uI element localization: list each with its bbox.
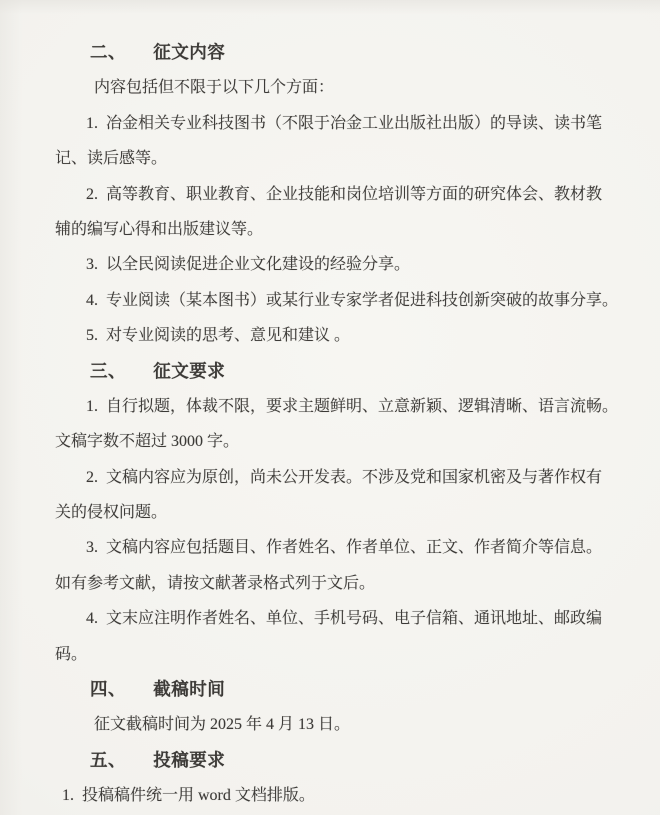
text-line: 如有参考文献，请按文献著录格式列于文后。 xyxy=(0,566,660,601)
section-heading-submission: 五、 投稿要求 xyxy=(0,743,660,778)
text-line: 3. 以全民阅读促进企业文化建设的经验分享。 xyxy=(0,247,660,282)
text-line: 3. 文稿内容应包括题目、作者姓名、作者单位、正文、作者简介等信息。 xyxy=(0,530,660,565)
text-line: 1. 冶金相关专业科技图书（不限于冶金工业出版社出版）的导读、读书笔 xyxy=(0,106,660,141)
document-body: 二、 征文内容内容包括但不限于以下几个方面：1. 冶金相关专业科技图书（不限于冶… xyxy=(0,35,660,814)
section-heading-essay-content: 二、 征文内容 xyxy=(0,35,660,70)
scanned-document-page: 二、 征文内容内容包括但不限于以下几个方面：1. 冶金相关专业科技图书（不限于冶… xyxy=(0,0,660,815)
text-line: 辅的编写心得和出版建议等。 xyxy=(0,212,660,247)
text-line: 4. 专业阅读（某本图书）或某行业专家学者促进科技创新突破的故事分享。 xyxy=(0,283,660,318)
text-line: 2. 高等教育、职业教育、企业技能和岗位培训等方面的研究体会、教材教 xyxy=(0,177,660,212)
text-line: 码。 xyxy=(0,637,660,672)
text-line: 记、读后感等。 xyxy=(0,141,660,176)
text-line: 关的侵权问题。 xyxy=(0,495,660,530)
text-line: 5. 对专业阅读的思考、意见和建议 。 xyxy=(0,318,660,353)
text-line: 征文截稿时间为 2025 年 4 月 13 日。 xyxy=(0,707,660,742)
text-line: 文稿字数不超过 3000 字。 xyxy=(0,424,660,459)
section-heading-essay-requirements: 三、 征文要求 xyxy=(0,354,660,389)
text-line: 1. 投稿稿件统一用 word 文档排版。 xyxy=(0,778,660,813)
text-line: 1. 自行拟题，体裁不限，要求主题鲜明、立意新颖、逻辑清晰、语言流畅。 xyxy=(0,389,660,424)
text-line: 4. 文末应注明作者姓名、单位、手机号码、电子信箱、通讯地址、邮政编 xyxy=(0,601,660,636)
section-heading-deadline: 四、 截稿时间 xyxy=(0,672,660,707)
text-line: 内容包括但不限于以下几个方面： xyxy=(0,70,660,105)
text-line: 2. 文稿内容应为原创，尚未公开发表。不涉及党和国家机密及与著作权有 xyxy=(0,460,660,495)
